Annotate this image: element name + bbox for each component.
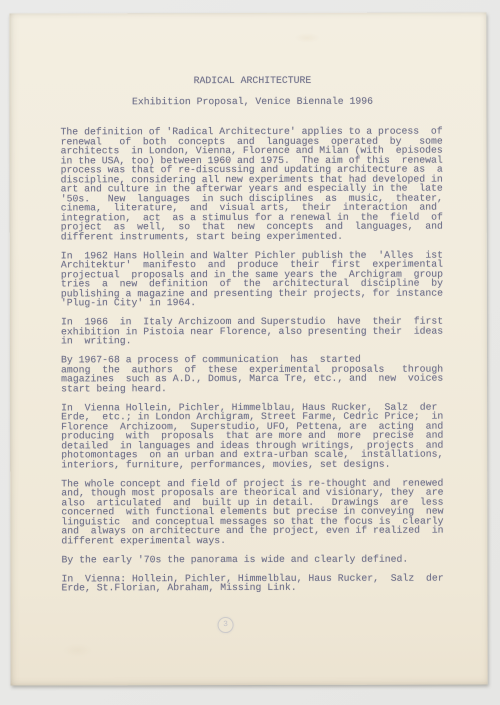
- paragraph-4: By 1967-68 a process of communication ha…: [61, 355, 445, 394]
- page-number-stamp: 3: [218, 617, 234, 633]
- document-subtitle: Exhibition Proposal, Venice Biennale 199…: [60, 96, 444, 106]
- document-title: RADICAL ARCHITECTURE: [60, 76, 444, 86]
- paragraph-8: In Vienna: Hollein, Pichler, Himmelblau,…: [61, 573, 445, 593]
- paragraph-5: In Vienna Hollein, Pichler, Himmelblau, …: [61, 402, 445, 469]
- paragraph-3: In 1966 in Italy Archizoom and Superstud…: [61, 317, 445, 346]
- paragraph-1: The definition of 'Radical Architecture'…: [61, 127, 445, 242]
- paper-stain: [63, 643, 93, 657]
- paragraph-6: The whole concept and field of project i…: [61, 478, 445, 545]
- scan-background: RADICAL ARCHITECTURE Exhibition Proposal…: [0, 0, 500, 705]
- paper-stain: [294, 33, 320, 43]
- paragraph-2: In 1962 Hans Hollein and Walter Pichler …: [61, 250, 445, 308]
- document-content: RADICAL ARCHITECTURE Exhibition Proposal…: [60, 76, 445, 603]
- paragraph-7: By the early '70s the panorama is wide a…: [61, 554, 445, 564]
- paper-sheet: RADICAL ARCHITECTURE Exhibition Proposal…: [9, 13, 487, 686]
